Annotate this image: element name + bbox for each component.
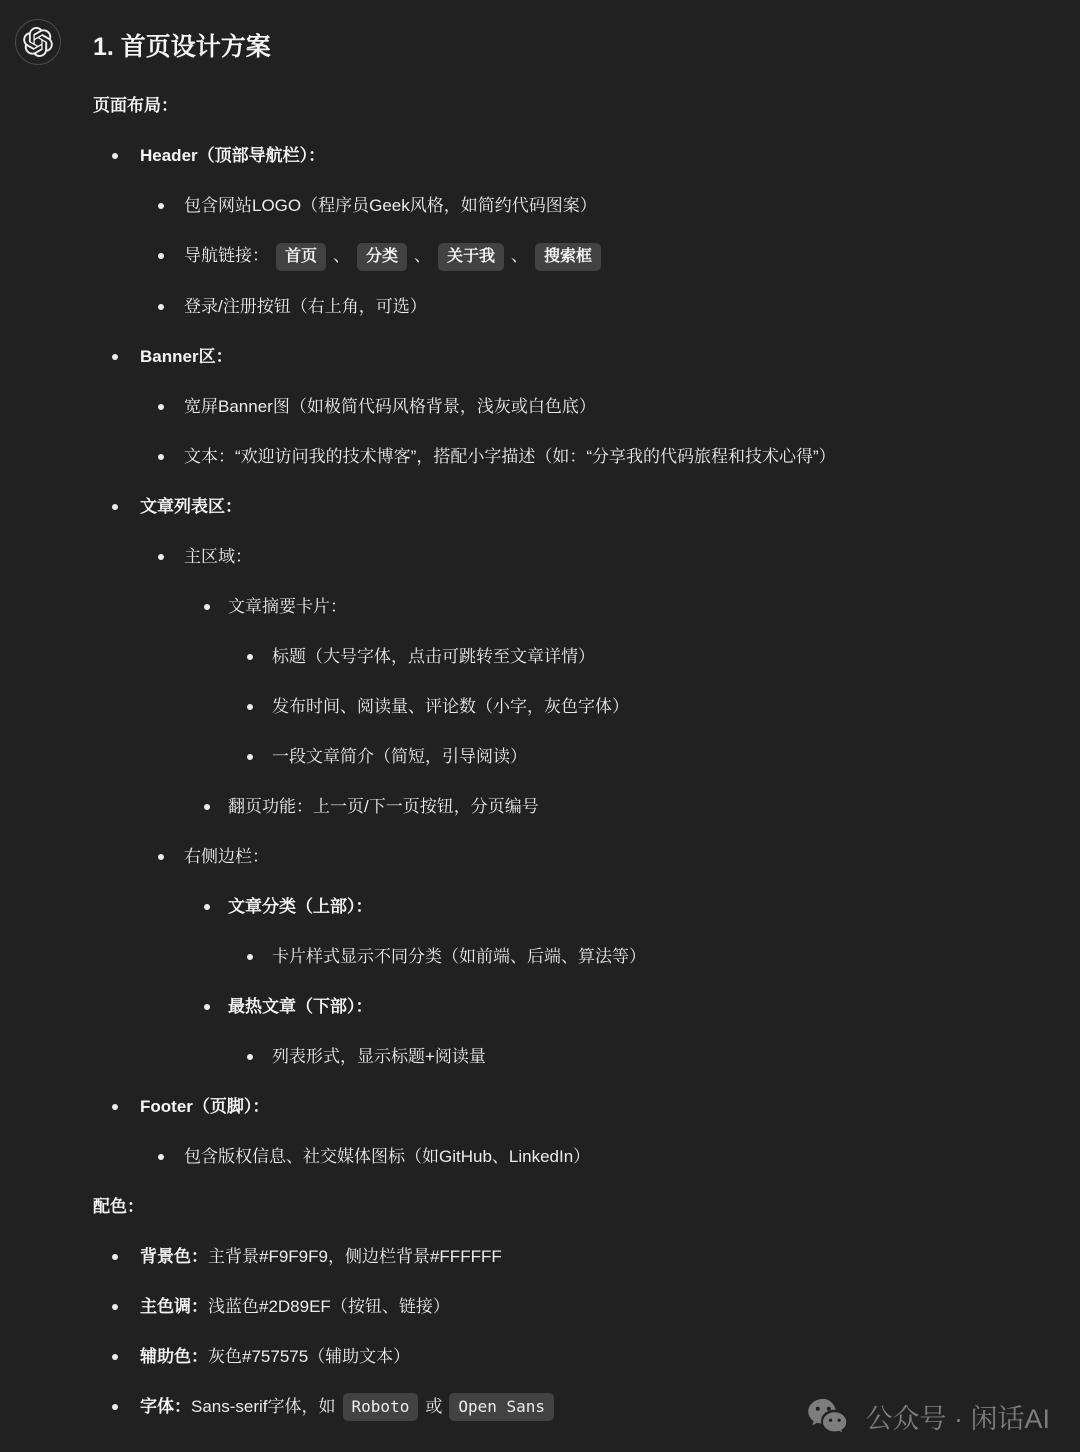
list-item: 最热文章（下部）： [93,993,1055,1021]
list-item: 文章摘要卡片： [93,593,1055,621]
list-item: 导航链接：首页、分类、关于我、搜索框 [93,242,1055,271]
text-run: 一段文章简介（简短，引导阅读） [272,747,527,766]
bullet-dot [112,504,118,510]
bullet-dot [204,804,210,810]
list-item: 文章分类（上部）： [93,893,1055,921]
code-badge: Roboto [343,1393,419,1421]
list-item: 文章列表区： [93,493,1055,521]
bullet-dot [112,153,118,159]
bullet-dot [112,1104,118,1110]
bullet-dot [247,704,253,710]
code-badge: 首页 [276,243,326,271]
list-item: 主区域： [93,543,1055,571]
bullet-dot [158,454,164,460]
bullet-dot [247,954,253,960]
text-run: 包含版权信息、社交媒体图标（如GitHub、LinkedIn） [184,1147,590,1166]
list-item: 文本：“欢迎访问我的技术博客”，搭配小字描述（如：“分享我的代码旅程和技术心得”… [93,443,1055,471]
list-item: 主色调：浅蓝色#2D89EF（按钮、链接） [93,1293,1055,1321]
list-item: 卡片样式显示不同分类（如前端、后端、算法等） [93,943,1055,971]
bullet-dot [112,1254,118,1260]
bullet-dot [247,654,253,660]
list-item: 包含网站LOGO（程序员Geek风格，如简约代码图案） [93,192,1055,220]
paragraph: 配色： [93,1193,1055,1221]
section-heading: 1. 首页设计方案 [93,30,1055,64]
list-item: Footer（页脚）： [93,1093,1055,1121]
text-run: 、 [333,246,350,265]
bullet-dot [158,203,164,209]
text-run: 背景色： [140,1247,208,1266]
list-item: Header（顶部导航栏）： [93,142,1055,170]
text-run: 文本：“欢迎访问我的技术博客”，搭配小字描述（如：“分享我的代码旅程和技术心得”… [184,447,836,466]
text-run: 导航链接： [184,246,269,265]
code-badge: 关于我 [438,243,504,271]
openai-logo-icon [23,27,53,57]
watermark: 公众号 · 闲话AI [806,1397,1050,1436]
text-run: 浅蓝色#2D89EF（按钮、链接） [208,1297,450,1316]
bullet-dot [247,754,253,760]
text-run: 或 [425,1397,442,1416]
paragraph: 页面布局： [93,92,1055,120]
text-run: 卡片样式显示不同分类（如前端、后端、算法等） [272,947,646,966]
code-badge: 搜索框 [535,243,601,271]
text-run: Footer（页脚）： [140,1097,269,1116]
bullet-dot [204,1004,210,1010]
list-item: Banner区： [93,343,1055,371]
bullet-dot [158,1154,164,1160]
text-run: 主色调： [140,1297,208,1316]
text-run: 主区域： [184,547,252,566]
text-run: 登录/注册按钮（右上角，可选） [184,297,427,316]
text-run: 主背景#F9F9F9，侧边栏背景#FFFFFF [208,1247,502,1266]
watermark-text: 公众号 · 闲话AI [865,1397,1050,1436]
text-run: 最热文章（下部）： [228,997,373,1016]
text-run: 配色： [93,1197,144,1216]
list-item: 列表形式，显示标题+阅读量 [93,1043,1055,1071]
list-item: 右侧边栏： [93,843,1055,871]
text-run: 文章分类（上部）： [228,897,373,916]
bullet-dot [112,1304,118,1310]
bullet-dot [158,404,164,410]
text-run: 、 [414,246,431,265]
text-run: Banner区： [140,347,233,366]
text-run: 1. 首页设计方案 [93,33,271,61]
text-run: 文章摘要卡片： [228,597,347,616]
text-run: 发布时间、阅读量、评论数（小字，灰色字体） [272,697,629,716]
list-item: 一段文章简介（简短，引导阅读） [93,743,1055,771]
text-run: 字体： [140,1397,191,1416]
text-run: 列表形式，显示标题+阅读量 [272,1047,486,1066]
list-item: 背景色：主背景#F9F9F9，侧边栏背景#FFFFFF [93,1243,1055,1271]
bullet-dot [158,253,164,259]
text-run: 包含网站LOGO（程序员Geek风格，如简约代码图案） [184,196,597,215]
text-run: 文章列表区： [140,497,242,516]
text-run: 页面布局： [93,96,178,115]
list-item: 包含版权信息、社交媒体图标（如GitHub、LinkedIn） [93,1143,1055,1171]
assistant-avatar [15,19,61,65]
list-item: 翻页功能：上一页/下一页按钮，分页编号 [93,793,1055,821]
list-item: 辅助色：灰色#757575（辅助文本） [93,1343,1055,1371]
bullet-dot [158,854,164,860]
code-badge: Open Sans [449,1393,554,1421]
text-run: 标题（大号字体，点击可跳转至文章详情） [272,647,595,666]
list-item: 标题（大号字体，点击可跳转至文章详情） [93,643,1055,671]
list-item: 宽屏Banner图（如极简代码风格背景，浅灰或白色底） [93,393,1055,421]
text-run: 辅助色： [140,1347,208,1366]
bullet-dot [112,1404,118,1410]
text-run: 、 [511,246,528,265]
text-run: 灰色#757575（辅助文本） [208,1347,410,1366]
bullet-dot [158,554,164,560]
text-run: 翻页功能：上一页/下一页按钮，分页编号 [228,797,539,816]
list-item: 登录/注册按钮（右上角，可选） [93,293,1055,321]
bullet-dot [112,1354,118,1360]
text-run: 宽屏Banner图（如极简代码风格背景，浅灰或白色底） [184,397,596,416]
list-item: 发布时间、阅读量、评论数（小字，灰色字体） [93,693,1055,721]
bullet-dot [112,354,118,360]
wechat-icon [806,1398,852,1436]
text-run: Header（顶部导航栏）： [140,146,325,165]
text-run: 右侧边栏： [184,847,269,866]
message-content: 1. 首页设计方案页面布局：Header（顶部导航栏）：包含网站LOGO（程序员… [93,30,1055,1443]
code-badge: 分类 [357,243,407,271]
bullet-dot [247,1054,253,1060]
bullet-dot [158,304,164,310]
text-run: Sans-serif字体，如 [191,1397,336,1416]
bullet-dot [204,904,210,910]
bullet-dot [204,604,210,610]
